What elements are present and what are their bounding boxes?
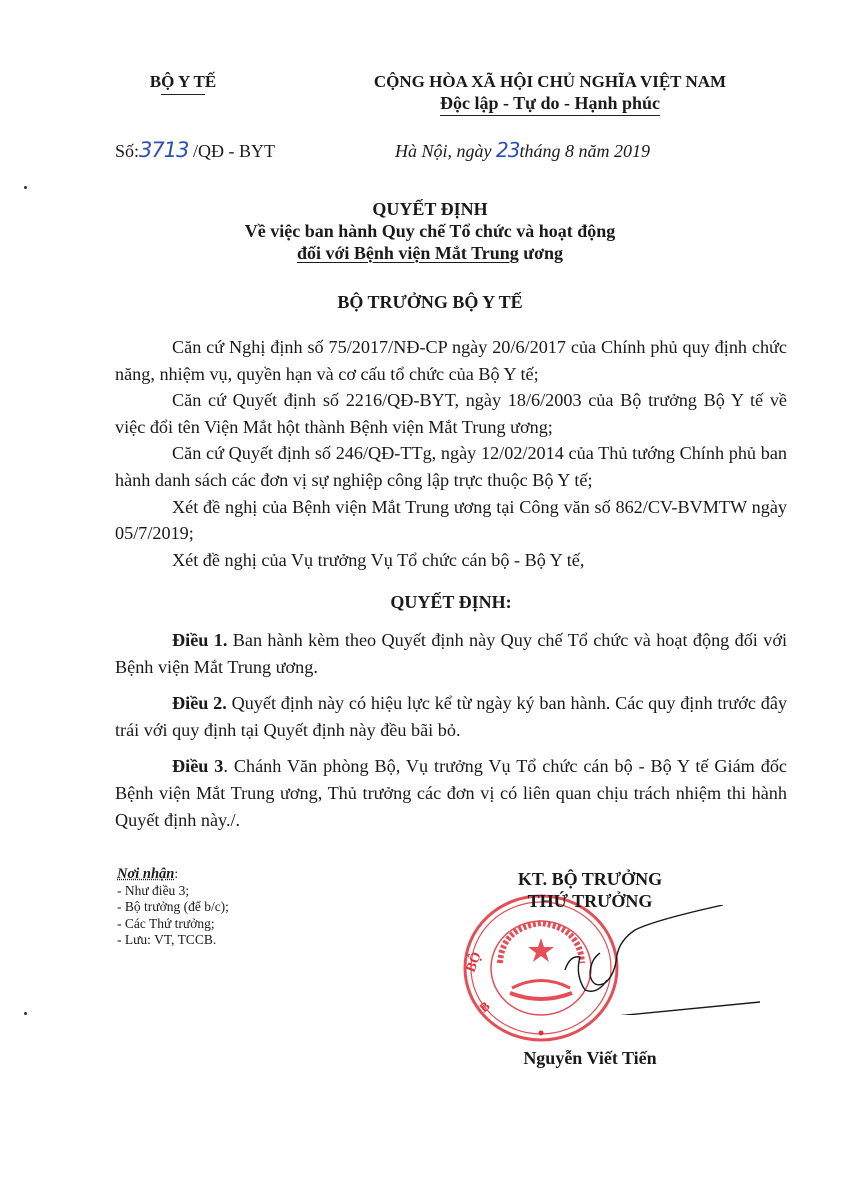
agency-underline <box>161 94 205 95</box>
scan-speckle <box>24 1012 27 1015</box>
preamble-paragraph: Căn cứ Nghị định số 75/2017/NĐ-CP ngày 2… <box>115 334 787 387</box>
article-label: Điều 2. <box>172 693 227 713</box>
articles: Điều 1. Ban hành kèm theo Quyết định này… <box>115 627 787 843</box>
date-suffix: tháng 8 năm 2019 <box>519 141 650 161</box>
agency-name: BỘ Y TẾ <box>113 72 253 92</box>
recipients-heading: Nơi nhận: <box>117 866 229 883</box>
handwritten-signature-icon <box>535 905 760 1015</box>
signer-name: Nguyễn Viết Tiến <box>470 1048 710 1069</box>
doc-type: QUYẾT ĐỊNH <box>200 198 660 220</box>
document-title: QUYẾT ĐỊNH Về việc ban hành Quy chế Tổ c… <box>200 198 660 264</box>
national-header: CỘNG HÒA XÃ HỘI CHỦ NGHĨA VIỆT NAM Độc l… <box>355 72 745 116</box>
subject-rest: ương <box>519 243 563 263</box>
recipient-item: - Các Thứ trưởng; <box>117 916 229 933</box>
article-label: Điều 1. <box>172 630 227 650</box>
signature-line-1: KT. BỘ TRƯỞNG <box>470 868 710 890</box>
preamble-paragraph: Căn cứ Quyết định số 2216/QĐ-BYT, ngày 1… <box>115 387 787 440</box>
article-3: Điều 3. Chánh Văn phòng Bộ, Vụ trưởng Vụ… <box>115 753 787 833</box>
subject-line-2: đối với Bệnh viện Mắt Trung ương <box>200 242 660 264</box>
date-day-handwritten: 23 <box>496 138 519 162</box>
recipient-item: - Bộ trưởng (để b/c); <box>117 899 229 916</box>
number-suffix: /QĐ - BYT <box>188 141 275 161</box>
preamble: Căn cứ Nghị định số 75/2017/NĐ-CP ngày 2… <box>115 334 787 573</box>
article-1: Điều 1. Ban hành kèm theo Quyết định này… <box>115 627 787 680</box>
subject-line-1: Về việc ban hành Quy chế Tổ chức và hoạt… <box>200 220 660 242</box>
recipients: Nơi nhận: - Như điều 3; - Bộ trưởng (để … <box>117 866 229 949</box>
recipients-heading-text: Nơi nhận <box>117 866 174 882</box>
recipient-item: - Như điều 3; <box>117 883 229 900</box>
number-handwritten: 3713 <box>139 138 188 162</box>
recipients-colon: : <box>174 866 178 881</box>
svg-text:B: B <box>476 998 493 1015</box>
scan-speckle <box>24 186 27 189</box>
decision-heading: QUYẾT ĐỊNH: <box>115 592 787 613</box>
number-prefix: Số: <box>115 141 139 161</box>
issuing-authority: BỘ TRƯỞNG BỘ Y TẾ <box>200 292 660 313</box>
preamble-paragraph: Căn cứ Quyết định số 246/QĐ-TTg, ngày 12… <box>115 440 787 493</box>
national-motto: Độc lập - Tự do - Hạnh phúc <box>440 93 660 116</box>
preamble-paragraph: Xét đề nghị của Vụ trưởng Vụ Tổ chức cán… <box>115 547 787 574</box>
country-name: CỘNG HÒA XÃ HỘI CHỦ NGHĨA VIỆT NAM <box>355 72 745 92</box>
article-label: Điều 3 <box>172 756 223 776</box>
document-number: Số:3713 /QĐ - BYT <box>115 138 275 162</box>
issuing-agency: BỘ Y TẾ <box>113 72 253 95</box>
subject-underlined: đối với Bệnh viện Mắt Trung <box>297 243 519 263</box>
date-prefix: Hà Nội, ngày <box>395 141 496 161</box>
recipient-item: - Lưu: VT, TCCB. <box>117 932 229 949</box>
preamble-paragraph: Xét đề nghị của Bệnh viện Mắt Trung ương… <box>115 494 787 547</box>
document-date: Hà Nội, ngày 23tháng 8 năm 2019 <box>395 138 650 162</box>
article-2: Điều 2. Quyết định này có hiệu lực kể từ… <box>115 690 787 743</box>
